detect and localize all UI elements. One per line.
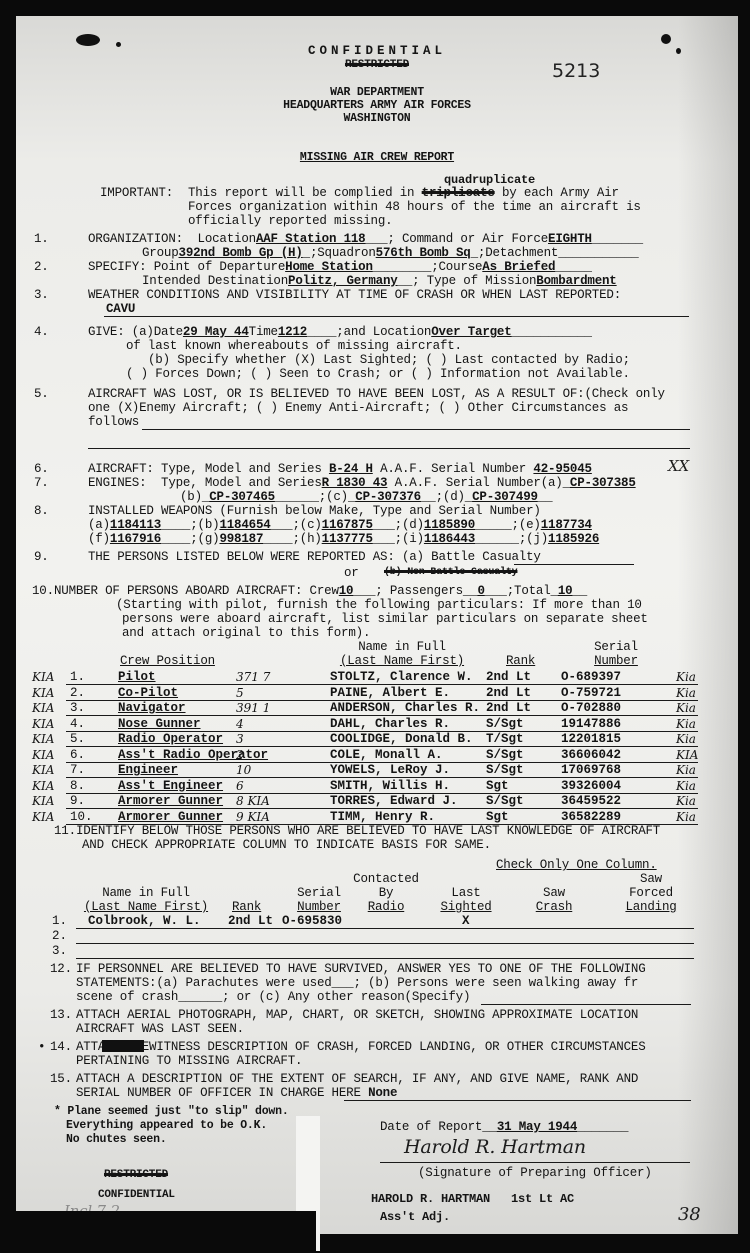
handwritten-note: 6	[236, 779, 244, 793]
group-line: Group392nd Bomb Gp (H)_;Squadron576th Bo…	[142, 246, 639, 260]
inserted-word: quadruplicate	[444, 173, 535, 187]
crew-row: KIA 3. Navigator 391 1 ANDERSON, Charles…	[16, 701, 738, 717]
eyewitness-text-2: PERTAINING TO MISSING AIRCRAFT.	[76, 1054, 302, 1068]
struck-non-battle: (b) Non-Battle Casualty	[384, 566, 517, 580]
instructions-text-3: and attach original to this form).	[122, 626, 370, 640]
attach-photo-text: ATTACH AERIAL PHOTOGRAPH, MAP, CHART, OR…	[76, 1008, 638, 1022]
crew-number: 7.	[70, 763, 85, 777]
time-field: 1212	[278, 325, 307, 339]
col-radio-top2: By	[346, 886, 426, 900]
important-text: This report will be complied in triplica…	[188, 186, 619, 200]
kia-annotation: KIA	[32, 810, 54, 824]
crew-number: 10.	[70, 810, 93, 824]
check-one-note: Check Only One Column.	[496, 858, 657, 872]
crew-name: SMITH, Willis H.	[330, 779, 450, 793]
crew-name: STOLTZ, Clarence W.	[330, 670, 473, 684]
crew-rank: T/Sgt	[486, 732, 524, 746]
item-number: 4.	[34, 325, 49, 339]
handwritten-note: 3	[236, 732, 244, 746]
crew-serial: O-702880	[561, 701, 621, 715]
col-crew-position: Crew Position	[120, 654, 215, 668]
kia-annotation-right: KIA	[676, 748, 698, 762]
crew-row: KIA 7. Engineer 10 YOWELS, LeRoy J. S/Sg…	[16, 763, 738, 779]
item-number: 7.	[34, 476, 49, 490]
passenger-count-field: 0	[478, 584, 485, 598]
col-serial: Number	[576, 654, 656, 668]
engine-a-field: CP-307385	[570, 476, 636, 490]
crew-count-field: 10	[339, 584, 354, 598]
department: WAR DEPARTMENT	[16, 86, 738, 100]
col-landing: Landing	[616, 900, 686, 914]
crew-position: Armorer Gunner	[118, 794, 223, 808]
item-number: 12.	[50, 962, 72, 976]
engines-line-2: (b)_CP-307465______;(c)_CP-307376__;(d)_…	[180, 490, 552, 504]
crew-serial: O-689397	[561, 670, 621, 684]
destination-line: Intended DestinationPolitz, Germany__; T…	[142, 274, 617, 288]
attach-photo-text-2: AIRCRAFT WAS LAST SEEN.	[76, 1022, 244, 1036]
eyewitness-text: ATTACH EYEWITNESS DESCRIPTION OF CRASH, …	[76, 1040, 646, 1054]
signature-caption: (Signature of Preparing Officer)	[418, 1166, 652, 1180]
col-landing-top2: Forced	[616, 886, 686, 900]
give-line: GIVE: (a)Date29 May 44Time1212____;and L…	[88, 325, 592, 339]
date-field: 29 May 44	[183, 325, 249, 339]
col-rank: Rank	[232, 900, 261, 914]
torn-corner	[16, 1211, 316, 1251]
field-underline	[142, 429, 690, 430]
crew-rank: S/Sgt	[486, 794, 524, 808]
item-number: 8.	[34, 504, 49, 518]
col-name-top: Name in Full	[322, 640, 482, 654]
handwritten-note: 8 KIA	[236, 794, 270, 808]
specify-line: SPECIFY: Point of DepartureHome Station_…	[88, 260, 592, 274]
aircraft-line: AIRCRAFT: Type, Model and Series B-24 H …	[88, 462, 592, 476]
handwritten-note: 9 KIA	[236, 810, 270, 824]
witness-name: Colbrook, W. L.	[88, 914, 201, 928]
witness-number: 2.	[52, 929, 67, 943]
crew-position: Radio Operator	[118, 732, 223, 746]
field-underline	[514, 564, 634, 565]
kia-annotation-right: Kia	[676, 670, 696, 684]
kia-annotation-right: Kia	[676, 779, 696, 793]
eyewitness-note-2: Everything appeared to be O.K.	[66, 1119, 267, 1133]
col-radio: Radio	[346, 900, 426, 914]
weapons-row-2: (f)1167916____;(g)998187____;(h)1137775_…	[88, 532, 599, 546]
crew-row: KIA 5. Radio Operator 3 COOLIDGE, Donald…	[16, 732, 738, 748]
handwritten-note: 4	[236, 717, 244, 731]
weapons-row-1: (a)1184113____;(b)1184654___;(c)1167875_…	[88, 518, 592, 532]
officer-in-charge-line: SERIAL NUMBER OF OFFICER IN CHARGE HERE …	[76, 1086, 397, 1100]
kia-annotation: KIA	[32, 686, 54, 700]
aircraft-serial-field: 42-95045	[533, 462, 591, 476]
row-underline	[76, 958, 694, 959]
lost-result-text-2: one (X)Enemy Aircraft; ( ) Enemy Anti-Ai…	[88, 401, 628, 415]
date-of-report-field: 31 May 1944	[497, 1120, 577, 1134]
crew-serial: 19147886	[561, 717, 621, 731]
lost-result-text: AIRCRAFT WAS LOST, OR IS BELIEVED TO HAV…	[88, 387, 665, 401]
crew-row: KIA 1. Pilot 371 7 STOLTZ, Clarence W. 2…	[16, 670, 738, 686]
engine-c-field: CP-307376	[355, 490, 421, 504]
important-label: IMPORTANT:	[100, 186, 173, 200]
crew-serial: 12201815	[561, 732, 621, 746]
crew-name: DAHL, Charles R.	[330, 717, 450, 731]
kia-annotation: KIA	[32, 794, 54, 808]
col-sighted: Sighted	[426, 900, 506, 914]
handwritten-mark: XX	[668, 459, 689, 473]
crew-name: ANDERSON, Charles R.	[330, 701, 480, 715]
engine-d-field: CP-307499	[472, 490, 538, 504]
report-page: CONFIDENTIAL RESTRICTED 5213 WAR DEPARTM…	[16, 16, 738, 1234]
weather-field: CAVU	[106, 302, 135, 316]
field-underline	[88, 448, 690, 449]
crew-rank: 2nd Lt	[486, 701, 531, 715]
crew-position: Armorer Gunner	[118, 810, 223, 824]
group-field: 392nd Bomb Gp (H)	[179, 246, 303, 260]
field-underline	[104, 316, 689, 317]
kia-annotation-right: Kia	[676, 717, 696, 731]
col-serial-top: Serial	[284, 886, 354, 900]
witness-row: 3.	[16, 944, 738, 960]
crew-rank: 2nd Lt	[486, 670, 531, 684]
field-underline	[481, 1004, 691, 1005]
crew-rank: S/Sgt	[486, 717, 524, 731]
item-number: 11.	[54, 824, 76, 838]
crew-number: 4.	[70, 717, 85, 731]
crew-rank: S/Sgt	[486, 763, 524, 777]
kia-annotation: KIA	[32, 670, 54, 684]
kia-annotation: KIA	[32, 717, 54, 731]
course-field: As Briefed	[482, 260, 555, 274]
col-sighted-top: Last	[426, 886, 506, 900]
crew-number: 9.	[70, 794, 85, 808]
col-serial: Number	[284, 900, 354, 914]
crew-rank: Sgt	[486, 810, 509, 824]
engine-b-field: CP-307465	[209, 490, 275, 504]
col-landing-top1: Saw	[616, 872, 686, 886]
crew-number: 5.	[70, 732, 85, 746]
squadron-field: 576th Bomb Sq	[376, 246, 471, 260]
witness-row: 1. Colbrook, W. L. 2nd Lt O-695830 X	[16, 914, 738, 930]
witness-number: 1.	[52, 914, 67, 928]
eyewitness-note-1: * Plane seemed just "to slip" down.	[54, 1105, 289, 1119]
crew-rank: 2nd Lt	[486, 686, 531, 700]
crew-number: 3.	[70, 701, 85, 715]
item-number: 3.	[34, 288, 49, 302]
crew-name: TIMM, Henry R.	[330, 810, 435, 824]
handwritten-note: 391 1	[236, 701, 270, 715]
crew-row: KIA 8. Ass't Engineer 6 SMITH, Willis H.…	[16, 779, 738, 795]
kia-annotation-right: Kia	[676, 686, 696, 700]
crew-number: 2.	[70, 686, 85, 700]
col-serial-top: Serial	[576, 640, 656, 654]
witness-number: 3.	[52, 944, 67, 958]
item-number: 9.	[34, 550, 49, 564]
kia-annotation: KIA	[32, 701, 54, 715]
kia-annotation: KIA	[32, 763, 54, 777]
follows-label: follows	[88, 415, 139, 429]
item-number: 15.	[50, 1072, 72, 1086]
crew-row: KIA 9. Armorer Gunner 8 KIA TORRES, Edwa…	[16, 794, 738, 810]
persons-aboard-line: NUMBER OF PERSONS ABOARD AIRCRAFT: Crew1…	[54, 584, 587, 598]
witness-rank: 2nd Lt	[228, 914, 273, 928]
crew-row: KIA 4. Nose Gunner 4 DAHL, Charles R. S/…	[16, 717, 738, 733]
handwritten-note: 2	[236, 748, 244, 762]
item-number: 10.	[32, 584, 54, 598]
aircraft-type-field: B-24 H	[329, 462, 373, 476]
crew-position: Pilot	[118, 670, 156, 684]
crew-name: TORRES, Edward J.	[330, 794, 458, 808]
survived-text: IF PERSONNEL ARE BELIEVED TO HAVE SURVIV…	[76, 962, 646, 976]
handwritten-note: 371 7	[236, 670, 270, 684]
page-shadow	[678, 16, 738, 1234]
identify-text-2: AND CHECK APPROPRIATE COLUMN TO INDICATE…	[82, 838, 491, 852]
crew-serial: 39326004	[561, 779, 621, 793]
item-number: 1.	[34, 232, 49, 246]
crew-serial: 36459522	[561, 794, 621, 808]
crew-number: 8.	[70, 779, 85, 793]
crew-name: COLE, Monall A.	[330, 748, 443, 762]
item-number: 6.	[34, 462, 49, 476]
kia-annotation-right: Kia	[676, 701, 696, 715]
identify-text: IDENTIFY BELOW THOSE PERSONS WHO ARE BEL…	[76, 824, 660, 838]
officer-title: Ass't Adj.	[380, 1210, 450, 1224]
col-crash: Crash	[524, 900, 584, 914]
crew-number: 1.	[70, 670, 85, 684]
crew-rank: Sgt	[486, 779, 509, 793]
location-field: AAF Station 118	[256, 232, 366, 246]
kia-annotation: KIA	[32, 748, 54, 762]
kia-annotation-right: Kia	[676, 810, 696, 824]
col-crash-top: Saw	[524, 886, 584, 900]
date-of-report-line: Date of Report__31 May 1944_______	[380, 1120, 628, 1134]
kia-annotation: KIA	[32, 732, 54, 746]
signature-line	[380, 1162, 690, 1163]
important-text-3: officially reported missing.	[188, 214, 392, 228]
mission-field: Bombardment	[536, 274, 616, 288]
ink-spot	[661, 34, 671, 44]
location-last-known-field: Over Target	[431, 325, 511, 339]
witness-serial: O-695830	[282, 914, 342, 928]
crew-position: Engineer	[118, 763, 178, 777]
search-text: ATTACH A DESCRIPTION OF THE EXTENT OF SE…	[76, 1072, 638, 1086]
or-label: or	[344, 566, 359, 580]
destination-field: Politz, Germany	[288, 274, 398, 288]
engine-type-field: R 1830 43	[322, 476, 388, 490]
crew-serial: 36582289	[561, 810, 621, 824]
kia-annotation: KIA	[32, 779, 54, 793]
engines-line: ENGINES: Type, Model and SeriesR 1830 43…	[88, 476, 636, 490]
reported-as-label: THE PERSONS LISTED BELOW WERE REPORTED A…	[88, 550, 541, 564]
departure-field: Home Station	[285, 260, 373, 274]
survived-text-2: STATEMENTS:(a) Parachutes were used___; …	[76, 976, 638, 990]
officer-name: HAROLD R. HARTMAN 1st Lt AC	[371, 1192, 574, 1206]
struck-classification-footer: RESTRICTED	[104, 1168, 168, 1182]
item-number: 14.	[50, 1040, 72, 1054]
page-number: 38	[678, 1208, 701, 1222]
officer-in-charge-field: None	[368, 1086, 397, 1100]
signature: Harold R. Hartman	[404, 1140, 586, 1154]
instructions-text-2: persons were aboard aircraft, list simil…	[122, 612, 648, 626]
weather-label: WEATHER CONDITIONS AND VISIBILITY AT TIM…	[88, 288, 621, 302]
command-field: EIGHTH	[548, 232, 592, 246]
survived-text-3: scene of crash______; or (c) Any other r…	[76, 990, 470, 1004]
witness-sighted: X	[462, 914, 470, 928]
witness-row: 2.	[16, 929, 738, 945]
crew-serial: O-759721	[561, 686, 621, 700]
struck-classification: RESTRICTED	[16, 58, 738, 72]
crew-row: KIA 2. Co-Pilot 5 PAINE, Albert E. 2nd L…	[16, 686, 738, 702]
col-radio-top1: Contacted	[346, 872, 426, 886]
crew-name: COOLIDGE, Donald B.	[330, 732, 473, 746]
item-number: 5.	[34, 387, 49, 401]
crew-rank: S/Sgt	[486, 748, 524, 762]
item-number: 2.	[34, 260, 49, 274]
classification: CONFIDENTIAL	[16, 44, 738, 58]
crew-number: 6.	[70, 748, 85, 762]
crew-position: Ass't Engineer	[118, 779, 223, 793]
crew-serial: 17069768	[561, 763, 621, 777]
crew-position: Nose Gunner	[118, 717, 201, 731]
eyewitness-note-3: No chutes seen.	[66, 1133, 167, 1147]
col-rank: Rank	[506, 654, 535, 668]
asterisk-marker: •	[38, 1040, 45, 1054]
crew-position: Co-Pilot	[118, 686, 178, 700]
headquarters: HEADQUARTERS ARMY AIR FORCES	[16, 99, 738, 113]
important-text-2: Forces organization within 48 hours of t…	[188, 200, 641, 214]
classification-footer: CONFIDENTIAL	[98, 1188, 175, 1202]
city: WASHINGTON	[16, 112, 738, 126]
col-name-top: Name in Full	[76, 886, 216, 900]
item-number: 13.	[50, 1008, 72, 1022]
specify-whether-text: (b) Specify whether (X) Last Sighted; ( …	[148, 353, 630, 367]
kia-annotation-right: Kia	[676, 794, 696, 808]
crew-name: YOWELS, LeRoy J.	[330, 763, 450, 777]
crew-serial: 36606042	[561, 748, 621, 762]
crew-position: Ass't Radio Operator	[118, 748, 268, 762]
page-title: MISSING AIR CREW REPORT	[16, 151, 738, 165]
col-name: (Last Name First)	[76, 900, 216, 914]
handwritten-note: 10	[236, 763, 251, 777]
kia-annotation-right: Kia	[676, 763, 696, 777]
kia-annotation-right: Kia	[676, 732, 696, 746]
redaction-blot	[102, 1040, 144, 1052]
forces-down-text: ( ) Forces Down; ( ) Seen to Crash; or (…	[126, 367, 630, 381]
crew-row: KIA 6. Ass't Radio Operator 2 COLE, Mona…	[16, 748, 738, 764]
weapons-label: INSTALLED WEAPONS (Furnish below Make, T…	[88, 504, 541, 518]
col-name: (Last Name First)	[322, 654, 482, 668]
crew-name: PAINE, Albert E.	[330, 686, 450, 700]
crew-position: Navigator	[118, 701, 186, 715]
instructions-text: (Starting with pilot, furnish the follow…	[116, 598, 642, 612]
handwritten-note: 5	[236, 686, 244, 700]
field-underline	[344, 1100, 691, 1101]
whereabouts-text: of last known whereabouts of missing air…	[126, 339, 462, 353]
organization-line: ORGANIZATION: LocationAAF Station 118___…	[88, 232, 643, 246]
report-number: 5213	[552, 60, 600, 82]
total-count-field: 10	[558, 584, 573, 598]
